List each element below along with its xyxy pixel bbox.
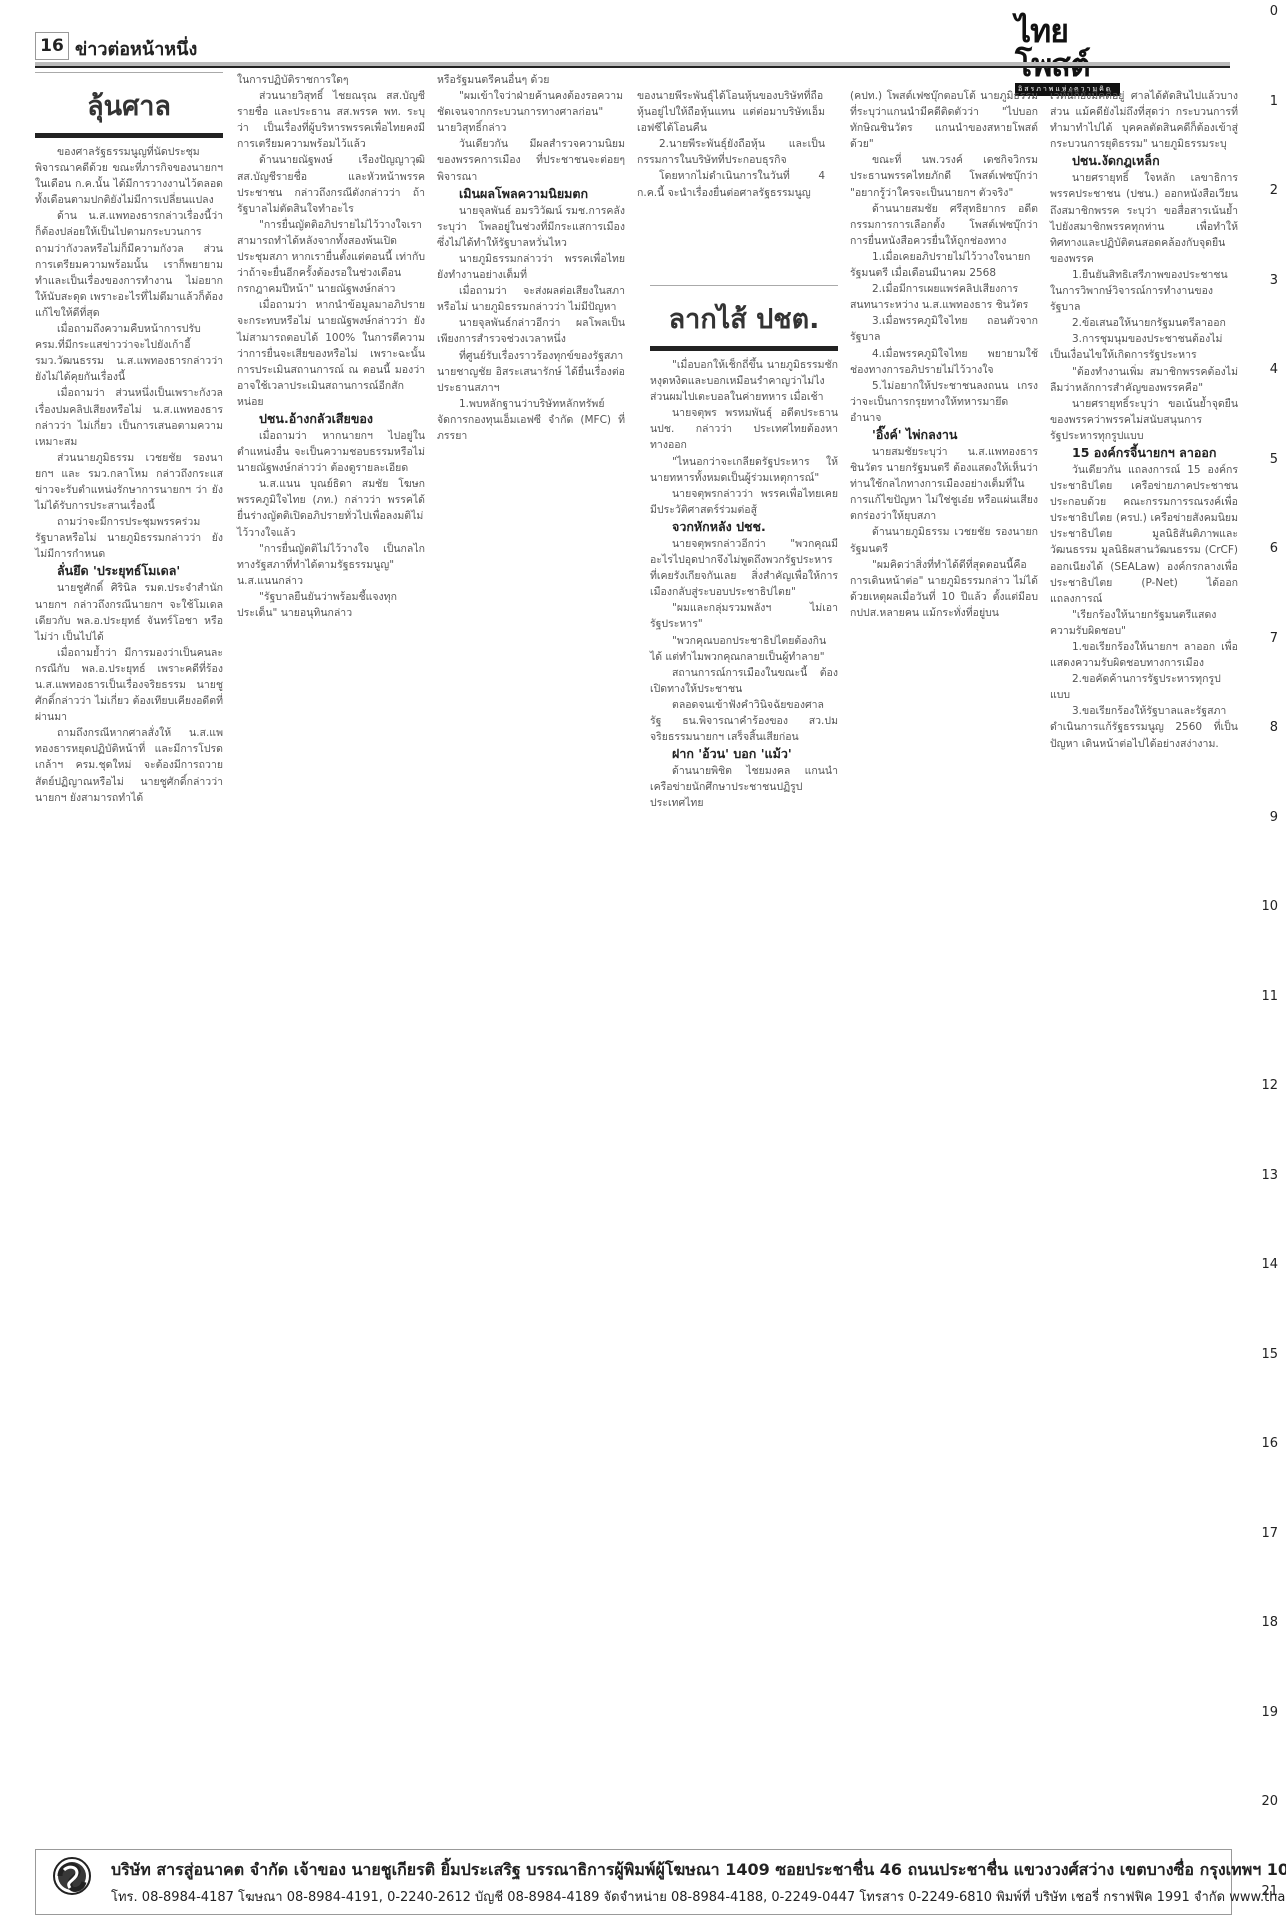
article-paragraph: ของนายพีระพันธุ์ได้โอนหุ้นของบริษัทที่ถื… bbox=[637, 88, 825, 136]
margin-number: 16 bbox=[1261, 1436, 1278, 1451]
article-paragraph: ด้านนายณัฐพงษ์ เรืองปัญญาวุฒิ สส.บัญชีรา… bbox=[237, 152, 425, 216]
article-paragraph: นายจุลพันธ์ อมรวิวัฒน์ รมช.การคลัง ระบุว… bbox=[437, 203, 625, 251]
margin-number: 5 bbox=[1270, 452, 1278, 467]
article-paragraph: ตลอดจนเข้าฟังคำวินิจฉัยของศาล รัฐ ธน.พิจ… bbox=[650, 697, 838, 745]
article-paragraph: นายศรายุทธิ์ระบุว่า ขอเน้นย้ำจุดยืนของพร… bbox=[1050, 396, 1238, 444]
article-paragraph: วันเดียวกัน มีผลสำรวจความนิยมของพรรคการเ… bbox=[437, 136, 625, 184]
margin-number: 15 bbox=[1261, 1347, 1278, 1362]
article-paragraph: "การยื่นญัตติอภิปรายไม่ไว้วางใจเราสามารถ… bbox=[237, 217, 425, 297]
article-column: ในการปฏิบัติราชการใดๆส่วนนายวิสุทธิ์ ไชย… bbox=[237, 72, 425, 621]
article-paragraph: นายจุลพันธ์กล่าวอีกว่า ผลโพลเป็นเพียงการ… bbox=[437, 315, 625, 347]
article-paragraph: นายจตุพรกล่าวว่า พรรคเพื่อไทยเคยมีประวัต… bbox=[650, 486, 838, 518]
article-paragraph: "เมื่อบอกให้เช็กถี่ขึ้น นายภูมิธรรมชักหง… bbox=[650, 357, 838, 405]
article-paragraph: ที่ศูนย์รับเรื่องราวร้องทุกข์ของรัฐสภา น… bbox=[437, 348, 625, 396]
article-paragraph: สถานการณ์การเมืองในขณะนี้ ต้องเปิดทางให้… bbox=[650, 665, 838, 697]
article-paragraph: (คปท.) โพสต์เฟซบุ๊กตอบโต้ นายภูมิธรรมที่… bbox=[850, 88, 1038, 152]
article-column: เวทีนี้ก็ยังมีคดีอยู่ ศาลได้ตัดสินไปแล้ว… bbox=[1050, 88, 1238, 752]
logo-text: ไทยโพสต์ bbox=[1015, 14, 1120, 82]
headline-box: ลากไส้ ปชต. bbox=[650, 285, 838, 351]
article-paragraph: "ไหนอกว่าจะเกลียดรัฐประหาร ให้นายทหารทั้… bbox=[650, 454, 838, 486]
article-subhead: ลั่นยึด 'ประยุทธ์โมเดล' bbox=[35, 562, 223, 580]
article-paragraph: วันเดียวกัน แถลงการณ์ 15 องค์กรประชาธิปไ… bbox=[1050, 462, 1238, 607]
article-headline: ลากไส้ ปชต. bbox=[650, 300, 838, 340]
margin-number: 0 bbox=[1270, 4, 1278, 19]
margin-number: 1 bbox=[1270, 94, 1278, 109]
margin-number: 20 bbox=[1261, 1794, 1278, 1809]
margin-number: 3 bbox=[1270, 273, 1278, 288]
article-paragraph: เมื่อถามย้ำว่า มีการมองว่าเป็นคนละกรณีกั… bbox=[35, 645, 223, 725]
article-paragraph: เมื่อถามว่า หากนำข้อมูลมาอภิปรายจะกระทบห… bbox=[237, 297, 425, 410]
margin-number: 7 bbox=[1270, 631, 1278, 646]
margin-number: 18 bbox=[1261, 1615, 1278, 1630]
article-paragraph: โดยหากไม่ดำเนินการในวันที่ 4 ก.ค.นี้ จะน… bbox=[637, 168, 825, 200]
article-paragraph: นายสมชัยระบุว่า น.ส.แพทองธาร ชินวัตร นาย… bbox=[850, 444, 1038, 524]
article-paragraph: 1.ขอเรียกร้องให้นายกฯ ลาออก เพื่อแสดงควา… bbox=[1050, 639, 1238, 671]
publisher-logo-icon bbox=[50, 1856, 94, 1908]
article-paragraph: "ผมเข้าใจว่าฝ่ายค้านคงต้องรอความชัดเจนจา… bbox=[437, 88, 625, 136]
article-paragraph: 2.นายพีระพันธุ์ยังถือหุ้น และเป็นกรรมการ… bbox=[637, 136, 825, 168]
article-paragraph: "ผมและกลุ่มรวมพลังฯ ไม่เอารัฐประหาร" bbox=[650, 600, 838, 632]
article-paragraph: 3.ขอเรียกร้องให้รัฐบาลและรัฐสภาดำเนินการ… bbox=[1050, 703, 1238, 751]
margin-number: 8 bbox=[1270, 720, 1278, 735]
article-paragraph: ด้านนายสมชัย ศรีสุทธิยากร อดีตกรรมการการ… bbox=[850, 201, 1038, 249]
margin-number: 12 bbox=[1261, 1078, 1278, 1093]
footer-publisher-line: บริษัท สารสู่อนาคต จำกัด เจ้าของ นายชูเก… bbox=[111, 1858, 1286, 1883]
page-header: 16 ข่าวต่อหน้าหนึ่ง ไทยโพสต์ อิสรภาพแห่ง… bbox=[35, 28, 1230, 68]
article-paragraph: "รัฐบาลยืนยันว่าพร้อมชี้แจงทุกประเด็น" น… bbox=[237, 589, 425, 621]
article-paragraph: ของศาลรัฐธรรมนูญที่นัดประชุมพิจารณาคดีด้… bbox=[35, 144, 223, 208]
article-column: หรือรัฐมนตรีคนอื่นๆ ด้วย"ผมเข้าใจว่าฝ่าย… bbox=[437, 72, 625, 444]
article-paragraph: น.ส.แนน บุณย์ธิดา สมชัย โฆษกพรรคภูมิใจไท… bbox=[237, 476, 425, 540]
article-column: ลุ้นศาลของศาลรัฐธรรมนูญที่นัดประชุมพิจาร… bbox=[35, 72, 223, 806]
article-paragraph: "พวกคุณบอกประชาธิปไตยต้องกินได้ แต่ทำไมพ… bbox=[650, 633, 838, 665]
article-subhead: ปชน.งัดกฎเหล็ก bbox=[1050, 152, 1238, 170]
page-number: 16 bbox=[35, 32, 69, 60]
margin-number: 2 bbox=[1270, 183, 1278, 198]
article-paragraph: 4.เมื่อพรรคภูมิใจไทย พยายามใช้ช่องทางการ… bbox=[850, 346, 1038, 378]
article-paragraph: เมื่อถามว่า ส่วนหนึ่งเป็นเพราะกังวลเรื่อ… bbox=[35, 385, 223, 449]
article-paragraph: "ต้องทำงานเพิ่ม สมาชิกพรรคต้องไม่ลืมว่าห… bbox=[1050, 364, 1238, 396]
article-paragraph: ด้าน น.ส.แพทองธารกล่าวเรื่องนี้ว่า ก็ต้อ… bbox=[35, 208, 223, 321]
article-subhead: 15 องค์กรจี้นายกฯ ลาออก bbox=[1050, 444, 1238, 462]
article-paragraph: ด้านนายภูมิธรรม เวชยชัย รองนายกรัฐมนตรี bbox=[850, 524, 1038, 556]
article-paragraph: ด้านนายพิชิต ไชยมงคล แกนนำเครือข่ายนักศึ… bbox=[650, 763, 838, 811]
margin-line-numbers: 0123456789101112131415161718192021 bbox=[1258, 0, 1278, 1920]
article-paragraph: นายจตุพร พรหมพันธุ์ อดีตประธาน นปช. กล่า… bbox=[650, 405, 838, 453]
article-paragraph: "เรียกร้องให้นายกรัฐมนตรีแสดงความรับผิดช… bbox=[1050, 607, 1238, 639]
article-subhead: 'อิ๊งค์' ไพ่กลงาน bbox=[850, 426, 1038, 444]
article-paragraph: เมื่อถามว่า จะส่งผลต่อเสียงในสภาหรือไม่ … bbox=[437, 283, 625, 315]
article-paragraph: 2.ข้อเสนอให้นายกรัฐมนตรีลาออก bbox=[1050, 315, 1238, 331]
article-paragraph: นายชูศักดิ์ ศิรินิล รมต.ประจำสำนักนายกฯ … bbox=[35, 580, 223, 644]
article-paragraph: ถามว่าจะมีการประชุมพรรคร่วมรัฐบาลหรือไม่… bbox=[35, 514, 223, 562]
article-column: ลากไส้ ปชต."เมื่อบอกให้เช็กถี่ขึ้น นายภู… bbox=[650, 285, 838, 811]
article-paragraph: เมื่อถามถึงความคืบหน้าการปรับ ครม.ที่มีก… bbox=[35, 321, 223, 385]
section-title: ข่าวต่อหน้าหนึ่ง bbox=[75, 34, 197, 63]
margin-number: 6 bbox=[1270, 541, 1278, 556]
margin-number: 4 bbox=[1270, 362, 1278, 377]
thaipost-logo: ไทยโพสต์ อิสรภาพแห่งความคิด bbox=[1015, 14, 1120, 64]
article-paragraph: 3.เมื่อพรรคภูมิใจไทย ถอนตัวจากรัฐบาล bbox=[850, 313, 1038, 345]
article-paragraph: หรือรัฐมนตรีคนอื่นๆ ด้วย bbox=[437, 72, 625, 88]
article-paragraph: เมื่อถามว่า หากนายกฯ ไปอยู่ในตำแหน่งอื่น… bbox=[237, 428, 425, 476]
article-paragraph: ส่วนนายวิสุทธิ์ ไชยณรุณ สส.บัญชีรายชื่อ … bbox=[237, 88, 425, 152]
article-headline: ลุ้นศาล bbox=[35, 87, 223, 127]
article-paragraph: 2.ขอคัดค้านการรัฐประหารทุกรูปแบบ bbox=[1050, 671, 1238, 703]
article-paragraph: 3.การชุมนุมของประชาชนต้องไม่เป็นเงื่อนไข… bbox=[1050, 331, 1238, 363]
margin-number: 19 bbox=[1261, 1705, 1278, 1720]
article-paragraph: 1.ยืนยันสิทธิเสรีภาพของประชาชนในการวิพาก… bbox=[1050, 267, 1238, 315]
article-paragraph: นายศรายุทธิ์ ใจหลัก เลขาธิการพรรคประชาชน… bbox=[1050, 170, 1238, 267]
article-subhead: ฝาก 'อ้วน' บอก 'แม้ว' bbox=[650, 745, 838, 763]
margin-number: 17 bbox=[1261, 1526, 1278, 1541]
headline-rule bbox=[650, 346, 838, 351]
article-paragraph: "ผมคิดว่าสิ่งที่ทำได้ดีที่สุดตอนนี้คือ ก… bbox=[850, 557, 1038, 621]
margin-number: 13 bbox=[1261, 1168, 1278, 1183]
article-column: (คปท.) โพสต์เฟซบุ๊กตอบโต้ นายภูมิธรรมที่… bbox=[850, 88, 1038, 621]
article-paragraph: ในการปฏิบัติราชการใดๆ bbox=[237, 72, 425, 88]
article-subhead: จวกหักหลัง ปชช. bbox=[650, 518, 838, 536]
article-paragraph: "การยื่นญัตติไม่ไว้วางใจ เป็นกลไกทางรัฐส… bbox=[237, 541, 425, 589]
article-paragraph: ถามถึงกรณีหากศาลสั่งให้ น.ส.แพทองธารหยุด… bbox=[35, 725, 223, 805]
article-paragraph: 5.ไม่อยากให้ประชาชนลงถนน เกรงว่าจะเป็นกา… bbox=[850, 378, 1038, 426]
article-paragraph: 1.เมื่อเคยอภิปรายไม่ไว้วางใจนายกรัฐมนตรี… bbox=[850, 249, 1038, 281]
article-paragraph: เวทีนี้ก็ยังมีคดีอยู่ ศาลได้ตัดสินไปแล้ว… bbox=[1050, 88, 1238, 152]
footer-imprint: บริษัท สารสู่อนาคต จำกัด เจ้าของ นายชูเก… bbox=[35, 1849, 1232, 1915]
article-paragraph: ขณะที่ นพ.วรงค์ เดชกิจวิกรม ประธานพรรคไท… bbox=[850, 152, 1038, 200]
article-subhead: เมินผลโพลความนิยมตก bbox=[437, 185, 625, 203]
article-column: ของนายพีระพันธุ์ได้โอนหุ้นของบริษัทที่ถื… bbox=[637, 88, 825, 278]
margin-number: 9 bbox=[1270, 810, 1278, 825]
margin-number: 10 bbox=[1261, 899, 1278, 914]
headline-box: ลุ้นศาล bbox=[35, 72, 223, 138]
margin-number: 11 bbox=[1261, 989, 1278, 1004]
header-rule-dark bbox=[35, 66, 1230, 68]
article-paragraph: นายจตุพรกล่าวอีกว่า "พวกคุณมีอะไรไปอุดปา… bbox=[650, 536, 838, 600]
headline-rule bbox=[35, 133, 223, 138]
article-paragraph: ส่วนนายภูมิธรรม เวชยชัย รองนายกฯ และ รมว… bbox=[35, 450, 223, 514]
footer-contact-line: โทร. 08-8984-4187 โฆษณา 08-8984-4191, 0-… bbox=[111, 1886, 1286, 1907]
margin-number: 14 bbox=[1261, 1257, 1278, 1272]
article-subhead: ปชน.อ้างกลัวเสียของ bbox=[237, 410, 425, 428]
article-paragraph: 1.พบหลักฐานว่าบริษัทหลักทรัพย์จัดการกองท… bbox=[437, 396, 625, 444]
article-paragraph: 2.เมื่อมีการเผยแพร่คลิปเสียงการสนทนาระหว… bbox=[850, 281, 1038, 313]
article-paragraph: นายภูมิธรรมกล่าวว่า พรรคเพื่อไทยยังทำงาน… bbox=[437, 251, 625, 283]
